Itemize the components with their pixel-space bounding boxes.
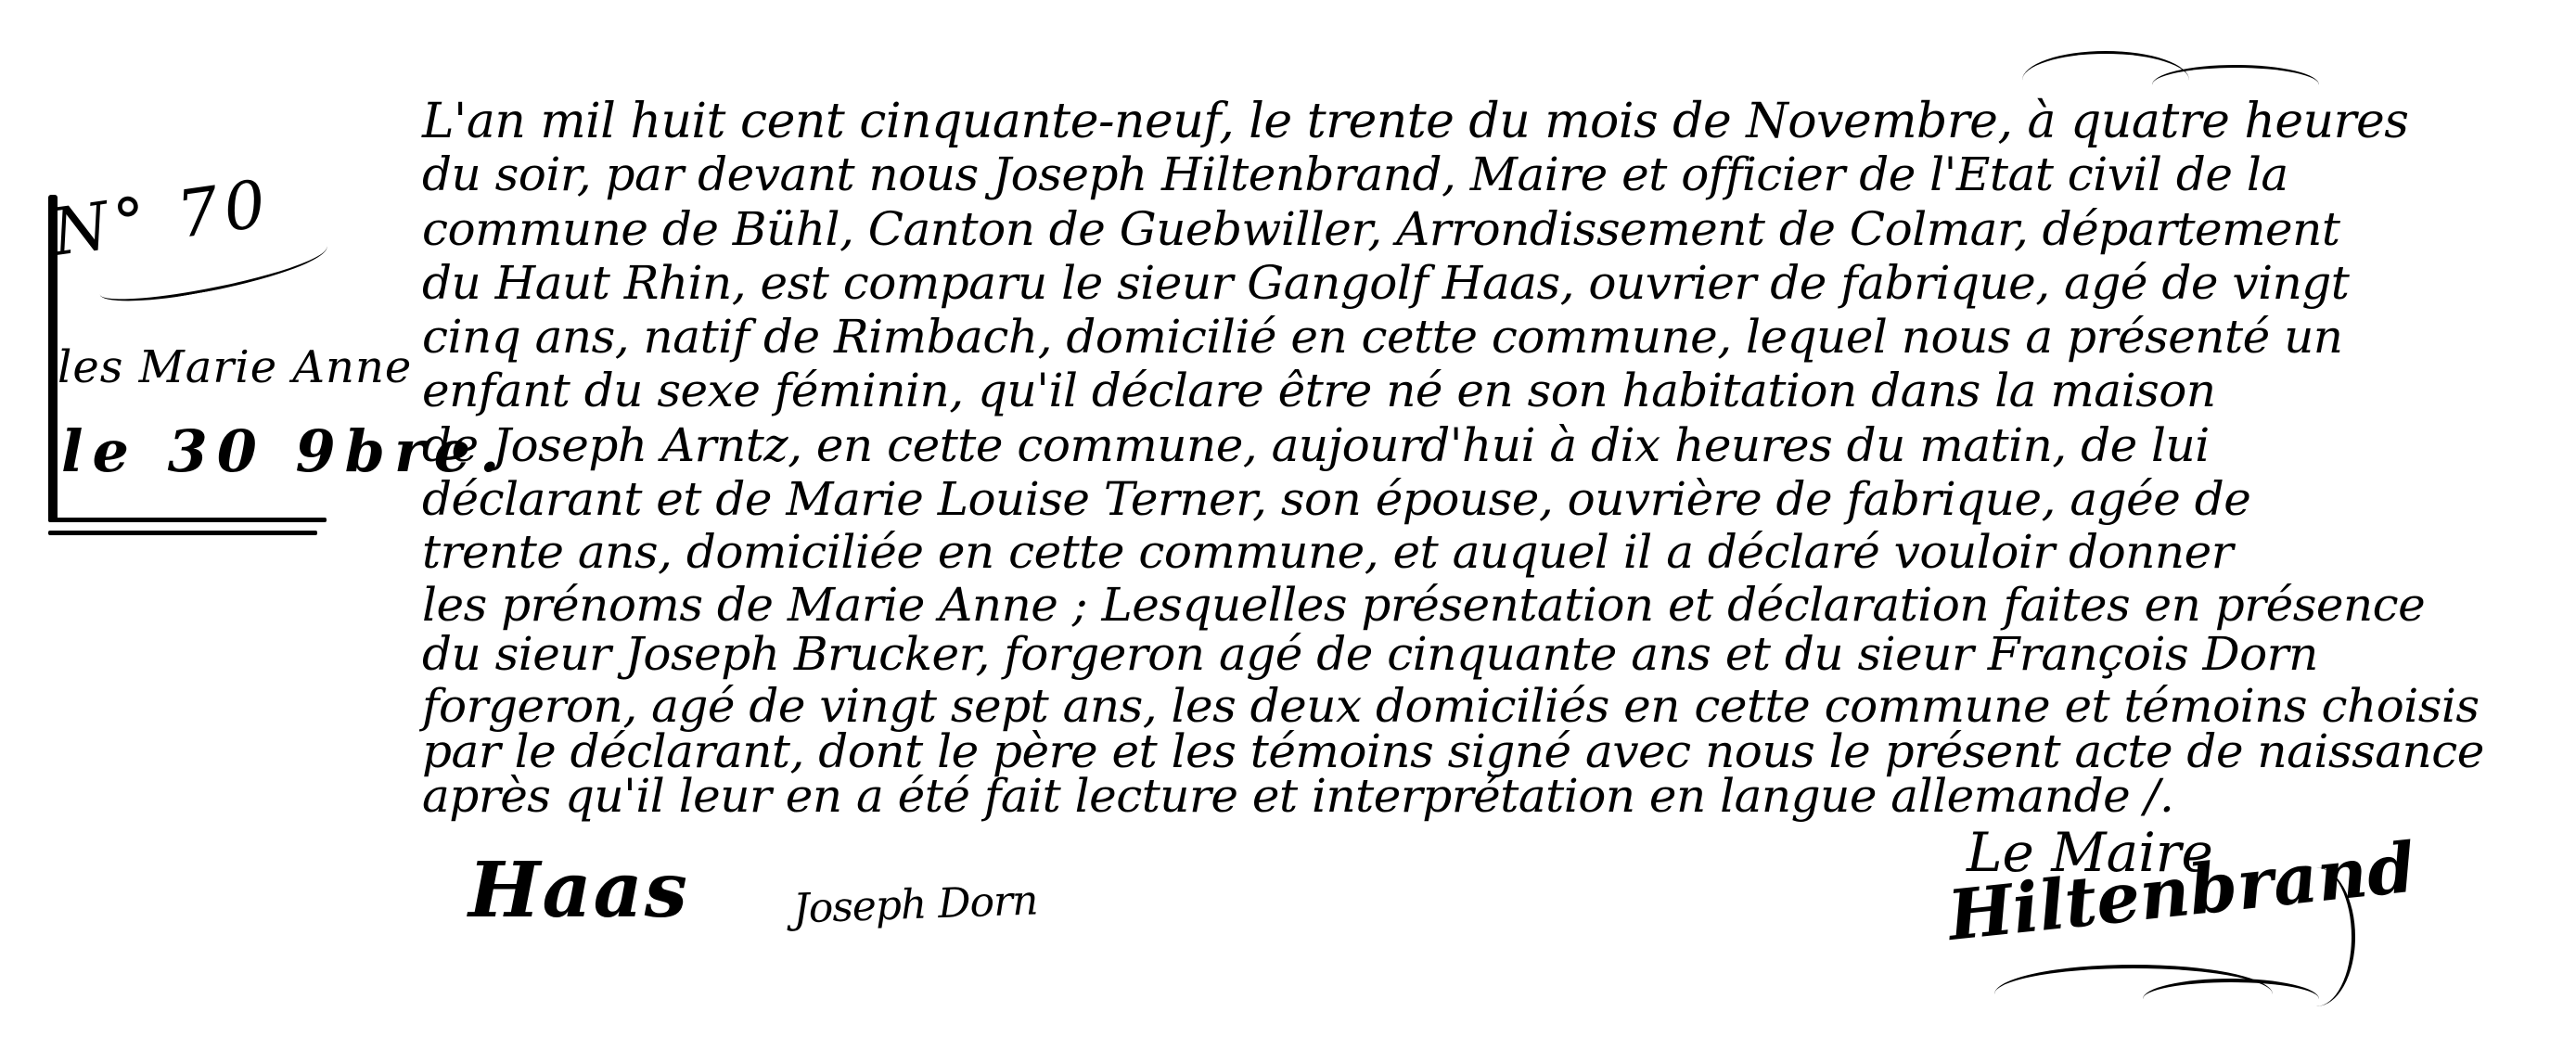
act-line-2: du soir, par devant nous Joseph Hiltenbr…: [422, 151, 2565, 198]
margin-underline-2: [48, 531, 317, 535]
act-line-14: après qu'il leur en a été fait lecture e…: [422, 773, 2565, 819]
act-line-13: par le déclarant, dont le père et les té…: [422, 728, 2565, 775]
act-line-8: déclarant et de Marie Louise Terner, son…: [422, 476, 2565, 522]
act-line-1: L'an mil huit cent cinquante-neuf, le tr…: [422, 97, 2565, 146]
act-line-4: du Haut Rhin, est comparu le sieur Gango…: [422, 260, 2565, 306]
blank-bottom-margin: [0, 1006, 2576, 1063]
act-line-10: les prénoms de Marie Anne ; Lesquelles p…: [422, 582, 2565, 628]
margin-child-name: les Marie Anne: [58, 341, 412, 393]
act-line-5: cinq ans, natif de Rimbach, domicilié en…: [422, 314, 2565, 360]
act-line-9: trente ans, domiciliée en cette commune,…: [422, 529, 2565, 575]
act-line-12: forgeron, agé de vingt sept ans, les deu…: [422, 683, 2565, 729]
scanned-register-page: N° 70 les Marie Anne le 30 9bre. L'an mi…: [0, 0, 2576, 1063]
signature-witness: Joseph Dorn: [792, 877, 1038, 932]
act-line-11: du sieur Joseph Brucker, forgeron agé de…: [422, 631, 2565, 677]
act-line-3: commune de Bühl, Canton de Guebwiller, A…: [422, 206, 2565, 252]
margin-underline-1: [48, 518, 327, 522]
act-line-7: de Joseph Arntz, en cette commune, aujou…: [422, 422, 2565, 468]
act-line-6: enfant du sexe féminin, qu'il déclare êt…: [422, 367, 2565, 414]
signature-father: Haas: [468, 846, 689, 935]
